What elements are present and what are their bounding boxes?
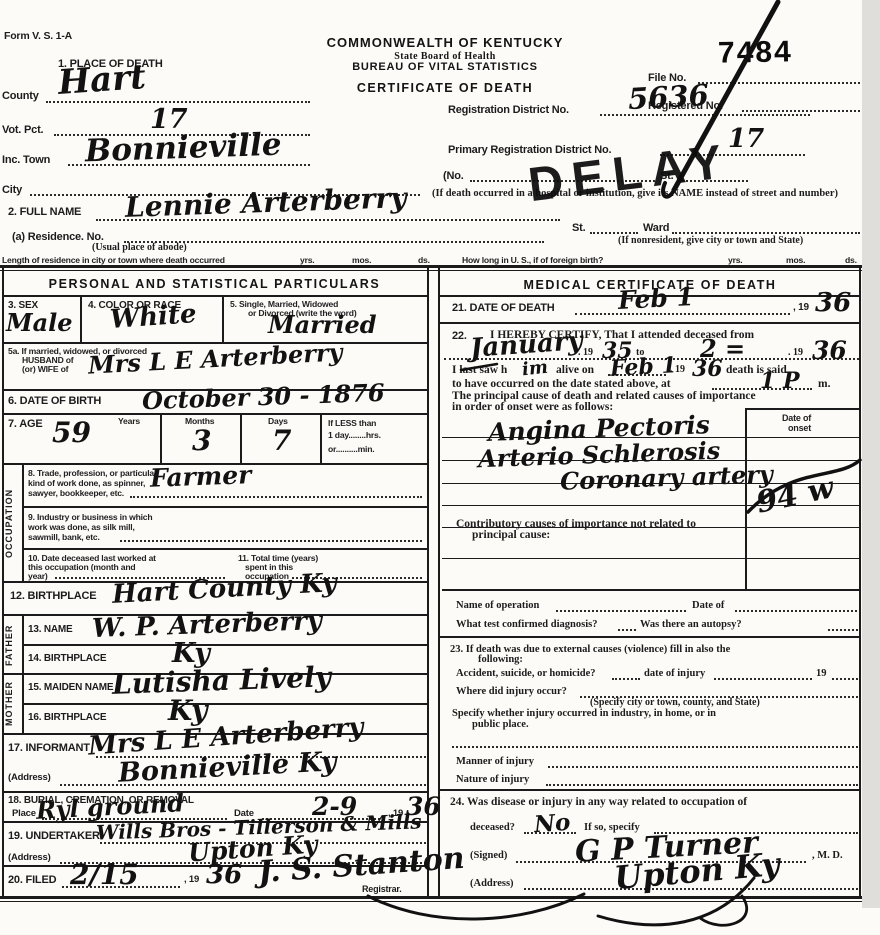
reg-district-label: Registration District No. <box>448 104 569 116</box>
date-of-injury-label: date of injury <box>644 668 705 679</box>
mother-birthplace-value-handwriting: Ky <box>168 694 207 727</box>
filed-label: 20. FILED <box>8 874 56 886</box>
rule-under-autopsy <box>438 636 861 638</box>
bottom-divider-thick <box>0 896 862 899</box>
md-label: , M. D. <box>812 850 843 861</box>
form-number: Form V. S. 1-A <box>4 30 72 42</box>
field9-label-2: work was done, as silk mill, <box>28 522 135 532</box>
top-divider-thin <box>0 270 862 271</box>
nature-label: Nature of injury <box>456 774 529 785</box>
onset-box-left-border <box>745 408 747 590</box>
test-label: What test confirmed diagnosis? <box>456 619 597 630</box>
date-of-death-label: 21. DATE OF DEATH <box>452 302 555 314</box>
operation-date-label: Date of <box>692 600 724 611</box>
blank-injury-line <box>452 746 858 748</box>
cell-divider-sex-race <box>80 296 82 342</box>
marital-value-handwriting: Married <box>268 310 377 339</box>
inc-town-value-handwriting: Bonnieville <box>84 127 282 170</box>
field8-label-2: kind of work done, as spinner, <box>28 478 145 488</box>
field9-label-1: 9. Industry or business in which <box>28 512 152 522</box>
full-name-label: 2. FULL NAME <box>8 206 81 218</box>
foreign-birth-note: How long in U. S., if of foreign birth? <box>462 255 603 265</box>
age-days-handwriting: 7 <box>272 424 291 457</box>
rule-informant-bottom <box>2 791 429 793</box>
injury-spec-text-1: Specify whether injury occurred in indus… <box>452 708 716 719</box>
injury-where-sub-note: (Specify city or town, county, and State… <box>590 697 760 708</box>
full-name-value-handwriting: Lennie Arterberry <box>125 181 408 224</box>
cause3-handwriting: Coronary artery <box>560 459 774 495</box>
certificate-title: CERTIFICATE OF DEATH <box>280 81 610 95</box>
filed-value-handwriting: 2/15 <box>70 858 139 891</box>
ds-label-right: ds. <box>845 255 857 265</box>
county-label: County <box>2 90 39 102</box>
age-months-handwriting: 3 <box>192 424 211 457</box>
autopsy-label: Was there an autopsy? <box>640 619 742 630</box>
age-less-line3: or..........min. <box>328 444 374 454</box>
field23-text-2: following: <box>478 654 523 665</box>
top-divider-thick <box>0 265 862 268</box>
date-of-death-line <box>575 313 790 315</box>
file-number-stamp: 7484 <box>718 35 793 70</box>
informant-label: 17. INFORMANT <box>8 742 90 754</box>
onset-label-2: onset <box>788 423 811 433</box>
length-of-residence-note: Length of residence in city or town wher… <box>2 255 225 265</box>
physician-address-label: (Address) <box>470 878 514 889</box>
mother-side-label: MOTHER <box>4 678 14 730</box>
contributory-line-1 <box>442 558 859 559</box>
onset-box-bottom-border <box>442 589 861 591</box>
rule-field15-bottom <box>22 703 429 705</box>
undertaker-label: 19. UNDERTAKER <box>8 830 100 842</box>
age-years-label: Years <box>118 416 140 426</box>
onset-box-top-border <box>745 408 860 410</box>
birthplace-label: 12. BIRTHPLACE <box>10 590 96 602</box>
occurred-time-handwriting: 1 P <box>760 368 800 394</box>
mother-maiden-label: 15. MAIDEN NAME <box>28 682 113 693</box>
commonwealth-title: COMMONWEALTH OF KENTUCKY <box>280 35 610 50</box>
rule-under-personal-title <box>2 295 429 297</box>
occupation-side-label: OCCUPATION <box>4 470 14 576</box>
informant-address-line <box>60 784 426 786</box>
operation-date-line <box>735 610 857 612</box>
from-year-prefix: . 19 <box>578 347 593 358</box>
date-of-death-value-handwriting: Feb 1 <box>617 282 694 315</box>
last-saw-scribble-handwriting: im <box>521 357 549 381</box>
injury-19-line <box>832 678 858 680</box>
right-border <box>859 268 861 898</box>
manner-label: Manner of injury <box>456 756 534 767</box>
father-birthplace-label: 14. BIRTHPLACE <box>28 653 106 664</box>
last-saw-year-prefix: . 19 <box>670 364 685 375</box>
age-years-handwriting: 59 <box>52 416 91 449</box>
rule-under-dod <box>438 322 861 324</box>
county-value-handwriting: Hart <box>57 57 147 103</box>
registered-no-line <box>742 110 860 112</box>
file-no-line <box>698 82 860 84</box>
injury-where-label: Where did injury occur? <box>456 686 567 697</box>
deceased-label: deceased? <box>470 822 515 833</box>
dob-label: 6. DATE OF BIRTH <box>8 395 101 407</box>
reg-district-value-handwriting: 5636 <box>627 78 709 116</box>
filed-year-handwriting: 36 <box>206 860 242 890</box>
county-line <box>46 101 310 103</box>
field9-label-3: sawmill, bank, etc. <box>28 532 100 542</box>
filed-year-prefix: , 19 <box>184 874 199 885</box>
rule-field9-bottom <box>22 548 429 550</box>
no-label: (No. <box>443 170 464 182</box>
signed-label: (Signed) <box>470 850 507 861</box>
autopsy-line <box>828 629 858 631</box>
spouse-label-3: (or) WIFE of <box>22 364 68 374</box>
occurred-m-label: m. <box>818 378 830 390</box>
onset-label-1: Date of <box>782 413 811 423</box>
burial-place-label: Place <box>12 808 36 819</box>
father-name-label: 13. NAME <box>28 624 73 635</box>
residence-label: (a) Residence. No. <box>12 231 104 243</box>
primary-reg-district-value-handwriting: 17 <box>728 124 764 154</box>
operation-label: Name of operation <box>456 600 539 611</box>
contributory-text-2: principal cause: <box>472 529 550 541</box>
rule-field8-bottom <box>22 506 429 508</box>
mos-label-left: mos. <box>352 255 371 265</box>
last-saw-year-handwriting: 36 <box>692 356 723 382</box>
death-certificate-scan: Form V. S. 1-A 1. PLACE OF DEATH COMMONW… <box>0 0 880 935</box>
st2-line <box>590 232 638 234</box>
left-border <box>2 268 4 898</box>
date-of-injury-line <box>714 678 812 680</box>
ds-label-left: ds. <box>418 255 430 265</box>
field9-line <box>120 540 422 542</box>
registrar-label: Registrar. <box>362 884 402 894</box>
injury-19-label: 19 <box>816 668 827 679</box>
nature-line <box>546 784 858 786</box>
scan-edge <box>862 0 880 908</box>
rule-field13-bottom <box>22 644 429 646</box>
field8-line <box>130 496 422 498</box>
ward-label: Ward <box>643 222 669 234</box>
occurred-line-text: to have occurred on the date stated abov… <box>452 378 671 390</box>
personal-section-title: PERSONAL AND STATISTICAL PARTICULARS <box>2 277 427 291</box>
cell-divider-days-less <box>320 413 322 464</box>
sex-value-handwriting: Male <box>6 308 73 337</box>
nonresident-note: (If nonresident, give city or town and S… <box>618 235 803 246</box>
field8-label-1: 8. Trade, profession, or particular <box>28 468 157 478</box>
race-value-handwriting: White <box>109 299 197 335</box>
field24-text: 24. Was disease or injury in any way rel… <box>450 796 747 808</box>
inc-town-label: Inc. Town <box>2 154 50 166</box>
cell-divider-years-months <box>160 413 162 464</box>
mother-birthplace-label: 16. BIRTHPLACE <box>28 712 106 723</box>
dob-value-handwriting: October 30 - 1876 <box>142 378 385 415</box>
rule-under-nature <box>438 789 861 791</box>
vot-pct-label: Vot. Pct. <box>2 124 43 136</box>
residence-sub-note: (Usual place of abode) <box>92 242 187 253</box>
field8-value-handwriting: Farmer <box>150 460 252 493</box>
age-less-line2: 1 day........hrs. <box>328 430 381 440</box>
bottom-divider-thin <box>0 901 862 902</box>
to-year-handwriting: 36 <box>812 336 847 365</box>
birthplace-value-handwriting: Hart County Ky <box>111 568 337 610</box>
field8-label-3: sawyer, bookkeeper, etc. <box>28 488 124 498</box>
last-saw-text-2: alive on <box>556 364 594 376</box>
city-label: City <box>2 184 22 196</box>
bureau-subtitle: BUREAU OF VITAL STATISTICS <box>280 61 610 73</box>
yrs-label-left: yrs. <box>300 255 315 265</box>
accident-line <box>612 678 640 680</box>
test-line <box>618 629 636 631</box>
field10-label-3: year) <box>28 571 48 581</box>
operation-line <box>556 610 686 612</box>
deceased-value-handwriting: No <box>533 809 571 838</box>
principal-cause-text-2: in order of onset were as follows: <box>452 401 613 413</box>
age-label: 7. AGE <box>8 418 42 430</box>
occupation-strip-divider <box>22 463 24 582</box>
cell-divider-months-days <box>240 413 242 464</box>
residence-line <box>124 241 544 243</box>
st2-label: St. <box>572 222 585 234</box>
last-saw-text-1: I last saw h <box>452 364 507 376</box>
mos-label-right: mos. <box>786 255 805 265</box>
manner-line <box>548 766 858 768</box>
cell-divider-race-marital <box>222 296 224 342</box>
informant-address-label: (Address) <box>8 772 51 783</box>
to-year-prefix: . 19 <box>788 347 803 358</box>
father-side-label: FATHER <box>4 620 14 670</box>
age-less-line1: If LESS than <box>328 418 376 428</box>
date-of-death-year-prefix: , 19 <box>793 302 809 313</box>
date-of-death-year-handwriting: 36 <box>815 288 851 318</box>
mother-maiden-value-handwriting: Lutisha Lively <box>111 660 331 701</box>
rule-row6-bottom <box>2 413 429 415</box>
yrs-label-right: yrs. <box>728 255 743 265</box>
undertaker-address-label: (Address) <box>8 852 51 863</box>
ward-line <box>672 232 860 234</box>
accident-label: Accident, suicide, or homicide? <box>456 668 596 679</box>
injury-spec-text-2: public place. <box>472 719 529 730</box>
certify-number: 22. <box>452 330 467 342</box>
